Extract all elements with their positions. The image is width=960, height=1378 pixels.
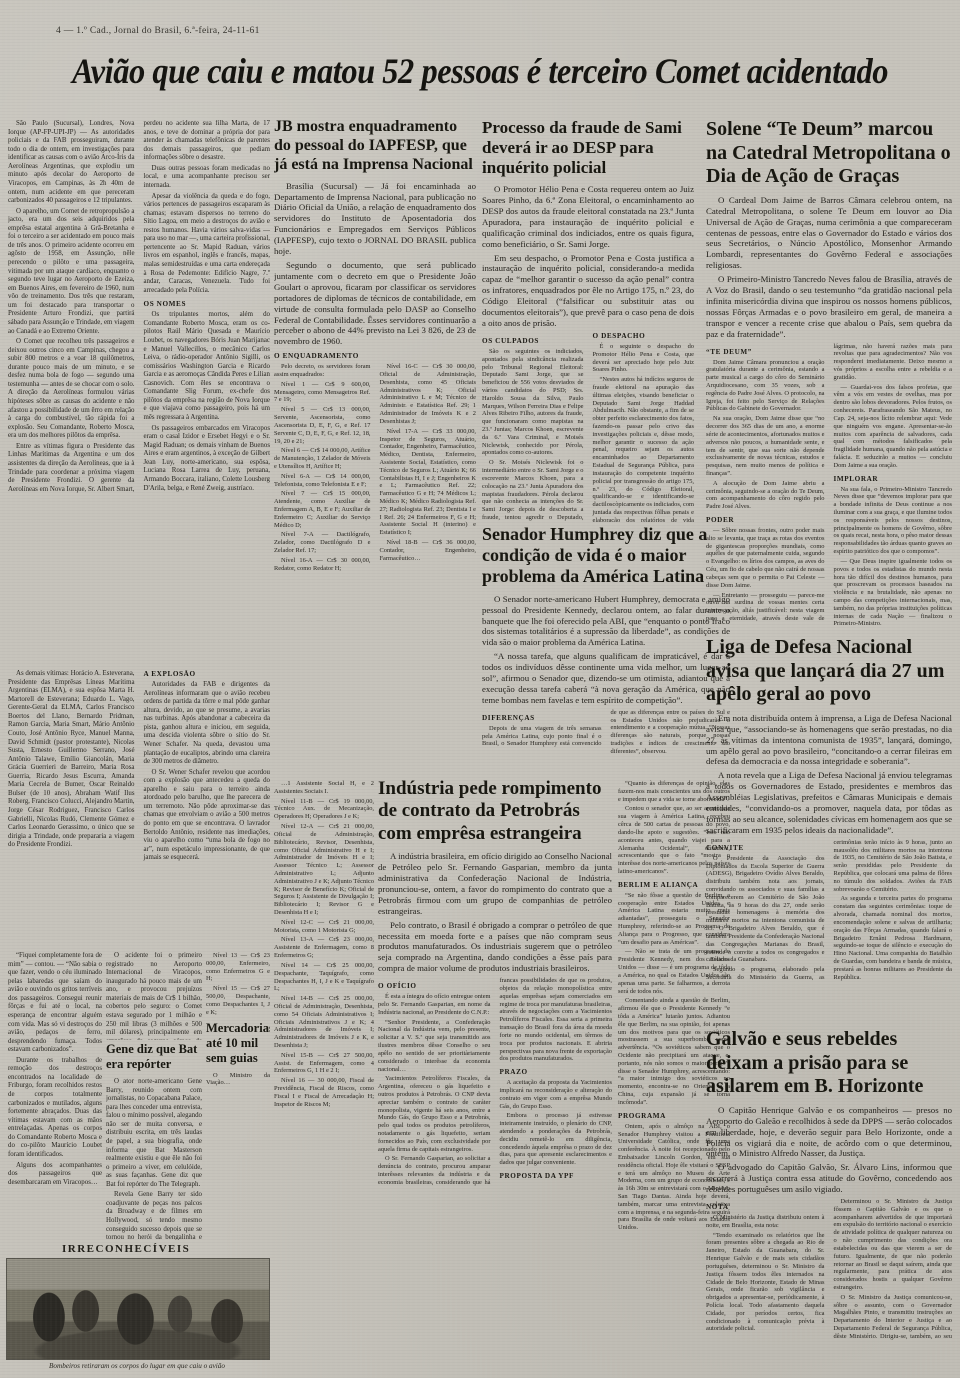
paragraph: O acidente foi o primeiro registrado no … [106, 952, 202, 1040]
paragraph: São Paulo (Sucursal), Londres, Nova Iorq… [8, 120, 135, 206]
listing-tail: Nível 13 — Cr$ 23 000,00, Enfermeiro, co… [206, 952, 270, 1017]
paragraph: O Comet que recolheu três passageiros e … [8, 338, 135, 441]
humphrey-first-column: DIFERENÇASDepois de uma viagem de três s… [482, 709, 730, 769]
jb-subhead: O ENQUADRAMENTO [274, 352, 476, 360]
paragraph: Determinou o Sr. Ministro da Justiça fôs… [834, 1198, 953, 1292]
paragraph: O Primeiro-Ministro Tancredo Neves falou… [706, 274, 952, 339]
paragraph: A indústria brasileira, em ofício dirigi… [378, 851, 612, 916]
paragraph: Os tripulantes mortos, além do Comandant… [144, 311, 271, 422]
mercadorias-body: O Ministro da Viação… [206, 1072, 270, 1088]
paragraph: Na sua oração, Dom Jaime disse que “no d… [706, 415, 825, 478]
paragraph: Nível 13-A — Cr$ 23 000,00, Assistente d… [274, 936, 374, 959]
paragraph: Durante os trabalhos de remoção dos dest… [8, 1057, 102, 1160]
article-jb: JB mostra enquadramento do pessoal do IA… [274, 118, 476, 776]
paragraph: Nível 6 — Cr$ 14 000,00, Artífice de Man… [274, 447, 371, 470]
gene-body: O ator norte-americano Gene Barry, reuni… [106, 1078, 202, 1240]
mercadorias-headline: Mercadorias até 10 mil sem guias [206, 1021, 270, 1066]
paragraph: Nível 13 — Cr$ 23 000,00, Enfermeiro, co… [206, 952, 270, 983]
article-comet-body: São Paulo (Sucursal), Londres, Nova Iorq… [8, 120, 270, 666]
article-comet-insurance-note: O acidente foi o primeiro registrado no … [106, 952, 202, 1040]
column-subhead: “TE DEUM” [706, 348, 825, 356]
crash-photo [6, 1258, 270, 1360]
paragraph: “Nestes autos há indícios seguros de fra… [593, 376, 695, 522]
paragraph: É o seguinte o despacho do Promotor Héli… [593, 343, 695, 374]
column-subhead: IMPLORAR [834, 475, 953, 483]
paragraph: O advogado do Capitão Galvão, Sr. Álvaro… [706, 1162, 952, 1195]
paragraph: A nota revela que a Liga de Defesa Nacio… [706, 770, 952, 835]
petrobras-leads: A indústria brasileira, em ofício dirigi… [378, 851, 612, 974]
paragraph: — Guardai-vos dos falsos profetas, que v… [834, 384, 953, 470]
jb-headline: JB mostra enquadramento do pessoal do IA… [274, 118, 476, 175]
paragraph: Nível 14-B — Cr$ 25 000,00, Oficial de A… [274, 995, 374, 1050]
paragraph: São os seguintes os indiciados, apontado… [482, 348, 584, 457]
banner-headline: Avião que caiu e matou 52 pessoas é terc… [48, 50, 912, 92]
tedeum-columns: “TE DEUM”Dom Jaime Câmara pronunciou a o… [706, 343, 952, 632]
galvao-leads: O Capitão Henrique Galvão e os companhei… [706, 1105, 952, 1195]
petrobras-columns: O OFÍCIOÉ esta a íntegra do ofício entre… [378, 977, 612, 1375]
column-subhead: PROPOSTA DA YPF [500, 1172, 613, 1180]
column-subhead: O DESPACHO [593, 332, 695, 340]
article-tedeum: Solene “Te Deum” marcou na Catedral Metr… [706, 118, 952, 632]
paragraph: Nível 12-C — Cr$ 21 000,00, Motorista, c… [274, 919, 374, 935]
paragraph: Nível 16 — 30 000,00, Fiscal de Previdên… [274, 1077, 374, 1108]
paragraph: — Sôbre nossas frontes, outro poder mais… [706, 527, 825, 590]
column-subhead: CONVITE [706, 844, 825, 852]
paragraph: Em seu despacho, o Promotor Pena e Costa… [482, 253, 694, 329]
jb-listing-continuation: …1 Assistente Social H, e 2 Assistentes … [274, 780, 374, 1378]
jb-listing: Pelo decreto, os servidores foram assim … [274, 363, 476, 715]
paragraph: “Fiquei completamente fora de mim” — con… [8, 952, 102, 1055]
paragraph: O Sr. Moisés Niclewisk foi o intermediár… [482, 459, 584, 522]
column-subhead: O OFÍCIO [378, 982, 491, 990]
paragraph: Nível 15-B — Cr$ 27 500,00, Assist. de E… [274, 1052, 374, 1075]
column-subhead: A EXPLOSÃO [144, 670, 271, 678]
paragraph: Nível 18-B — Cr$ 36 000,00, Contador, En… [380, 539, 477, 562]
paragraph: O Cardeal Dom Jaime de Barros Câmara cel… [706, 195, 952, 271]
page-header: 4 — 1.º Cad., Jornal do Brasil, 6.ª-feir… [56, 26, 260, 36]
paragraph: A alocução de Dom Jaime abriu a cerimôni… [706, 480, 825, 511]
paragraph: O Capitão Henrique Galvão e os companhei… [706, 1105, 952, 1160]
paragraph: “Tendo examinado os relatórios que lhe f… [706, 1232, 825, 1334]
paragraph: Nível 14 — Cr$ 25 000,00, Despachante, T… [274, 962, 374, 993]
article-gene: Gene diz que Bat era repórter O ator nor… [106, 1042, 202, 1240]
paragraph: Nível 16-C — Cr$ 30 000,00, Oficial de A… [380, 363, 477, 426]
gene-headline: Gene diz que Bat era repórter [106, 1042, 202, 1072]
paragraph: Nível 12-A — Cr$ 21 000,00, Oficial de A… [274, 823, 374, 917]
galvao-columns: NOTAO Ministério da Justiça distribuiu o… [706, 1198, 952, 1348]
photo-kicker: IRRECONHECÍVEIS [62, 1243, 190, 1255]
column-subhead: PRAZO [500, 1068, 613, 1076]
paragraph: Na sua fala, o Primeiro-Ministro Tancred… [834, 486, 953, 556]
sami-columns: OS CULPADOSSão os seguintes os indiciado… [482, 332, 694, 522]
paragraph: O aparelho, um Comet de retropropulsão a… [8, 208, 135, 336]
article-liga: Liga de Defesa Nacional avisa que lançar… [706, 636, 952, 1024]
liga-columns: CONVITEO Presidente da Associação dos Di… [706, 839, 952, 1009]
humphrey-leads: O Senador norte-americano Hubert Humphre… [482, 594, 730, 706]
paragraph: Yacimientos Petrolíferos Fiscales, da Ar… [378, 1075, 491, 1153]
paragraph: Autoridades da FAB e dirigentes da Aerol… [144, 681, 271, 767]
paragraph: O Senador norte-americano Hubert Humphre… [482, 594, 730, 649]
paragraph: Segundo o documento, que será publicado … [274, 260, 476, 347]
column-subhead: DIFERENÇAS [482, 714, 602, 722]
paragraph: Nível 6-A — Cr$ 14 000,00, Telefonista, … [274, 473, 371, 489]
paragraph: Nível 17-A — Cr$ 33 000,00, Inspetor de … [380, 428, 477, 537]
article-comet-tail: “Fiquei completamente fora de mim” — con… [8, 952, 102, 1240]
paragraph: É esta a íntegra do ofício entregue onte… [378, 993, 491, 1016]
article-petrobras: Indústria pede rompimento de contrato da… [378, 778, 612, 1378]
paragraph: O Sr. Wener Schafer revelou que acordou … [144, 769, 271, 863]
paragraph: Nível 11-B — Cr$ 19 000,00, Técnico Aux.… [274, 798, 374, 821]
paragraph: O Ministro da Viação… [206, 1072, 270, 1088]
paragraph: Nível 1 — Cr$ 9 600,00, Mensageiro, como… [274, 381, 371, 404]
paragraph: Nível 15 — Cr$ 27 500,00, Despachante, c… [206, 985, 270, 1016]
article-sami: Processo da fraude de Sami deverá ir ao … [482, 118, 694, 522]
paragraph: Pelo contrato, o Brasil é obrigado a com… [378, 920, 612, 975]
paragraph: A aceitação da proposta da Yacimientos i… [500, 1079, 613, 1110]
column-subhead: OS NOMES [144, 300, 271, 308]
paragraph: Alguns dos acompanhantes dos passageiros… [8, 1162, 102, 1188]
newspaper-page: 4 — 1.º Cad., Jornal do Brasil, 6.ª-feir… [0, 0, 960, 1378]
paragraph: Nível 5 — Cr$ 13 000,00, Servente, Ascen… [274, 406, 371, 445]
tedeum-headline: Solene “Te Deum” marcou na Catedral Metr… [706, 118, 952, 189]
article-humphrey: Senador Humphrey diz que a condição de v… [482, 524, 730, 776]
photo-caption: Bombeiros retiraram os corpos do lugar e… [6, 1362, 268, 1370]
paragraph: — Que Deus inspire igualmente todos os p… [834, 558, 953, 628]
paragraph: O ator norte-americano Gene Barry, reuni… [106, 1078, 202, 1189]
article-mercadorias-column: Nível 13 — Cr$ 23 000,00, Enfermeiro, co… [206, 952, 270, 1240]
paragraph: Duas outras pessoas foram medicadas no l… [144, 165, 271, 191]
column-subhead: PODER [706, 516, 825, 524]
paragraph: Dom Jaime Câmara pronunciou a oração gra… [706, 359, 825, 414]
liga-leads: Em nota distribuída ontem à imprensa, a … [706, 713, 952, 836]
sami-headline: Processo da fraude de Sami deverá ir ao … [482, 118, 694, 178]
paragraph: “Senhor Presidente, a Confederação Nacio… [378, 1019, 491, 1074]
paragraph: Em nota distribuída ontem à imprensa, a … [706, 713, 952, 768]
paragraph: “A nossa tarefa, que alguns qualificam d… [482, 651, 730, 706]
jb-leads: Brasília (Sucursal) — Já foi encaminhada… [274, 181, 476, 348]
article-comet-continuation: As demais vítimas: Horácio A. Esteverana… [8, 670, 270, 948]
paragraph: Nível 7-A — Dactilógrafo, Zelador, como … [274, 531, 371, 554]
paragraph: …1 Assistente Social H, e 2 Assistentes … [274, 780, 374, 796]
paragraph: Pelo decreto, os servidores foram assim … [274, 363, 371, 379]
paragraph: As segunda e terceira partes do programa… [834, 895, 953, 981]
column-subhead: OS CULPADOS [482, 337, 584, 345]
paragraph: Os passageiros embarcados em Viracopos e… [144, 425, 271, 494]
paragraph: Apesar da violência da queda e do fogo, … [144, 193, 271, 296]
paragraph: As demais vítimas: Horácio A. Esteverana… [8, 670, 135, 850]
liga-headline: Liga de Defesa Nacional avisa que lançar… [706, 636, 952, 707]
paragraph: Brasília (Sucursal) — Já foi encaminhada… [274, 181, 476, 257]
paragraph: Embora o processo já estivesse inteirame… [500, 1112, 613, 1167]
galvao-headline: Galvão e seus rebeldes deixam a prisão p… [706, 1028, 952, 1099]
paragraph: O Promotor Hélio Pena e Costa requereu o… [482, 184, 694, 249]
paragraph: Nível 7 — Cr$ 15 000,00, Atendente, como… [274, 490, 371, 529]
petrobras-headline: Indústria pede rompimento de contrato da… [378, 778, 612, 845]
paragraph: Revela Gene Barry ter sido coadjuvante d… [106, 1191, 202, 1240]
article-galvao: Galvão e seus rebeldes deixam a prisão p… [706, 1028, 952, 1378]
paragraph: O Ministério da Justiça distribuiu ontem… [706, 1214, 825, 1230]
column-subhead: NOTA [706, 1203, 825, 1211]
sami-leads: O Promotor Hélio Pena e Costa requereu o… [482, 184, 694, 329]
humphrey-headline: Senador Humphrey diz que a condição de v… [482, 524, 730, 588]
tedeum-leads: O Cardeal Dom Jaime de Barros Câmara cel… [706, 195, 952, 340]
paragraph: O Presidente da Associação dos Diplomado… [706, 855, 825, 964]
paragraph: Nível 16-A — Cr$ 30 000,00, Redator, com… [274, 557, 371, 573]
